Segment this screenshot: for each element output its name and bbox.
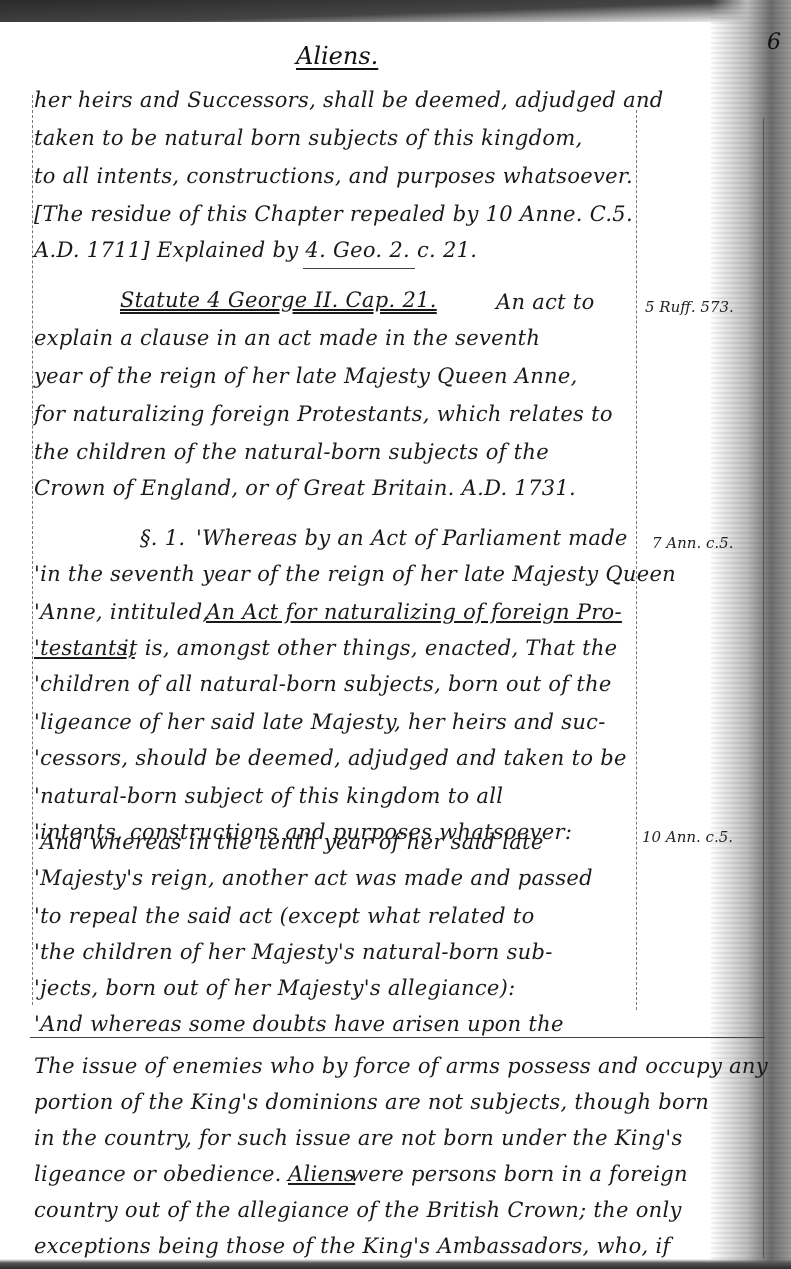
text-line: Crown of England, or of Great Britain. A… [34, 476, 576, 500]
text-line: 'jects, born out of her Majesty's allegi… [34, 976, 516, 1000]
page-title: Aliens. [296, 42, 378, 70]
text-line: year of the reign of her late Majesty Qu… [34, 364, 578, 388]
text-line: for naturalizing foreign Protestants, wh… [34, 402, 613, 426]
text-line: were persons born in a foreign [350, 1162, 688, 1186]
left-margin-rule [32, 95, 33, 1005]
text-line: it is, amongst other things, enacted, Th… [122, 636, 617, 660]
ornament-divider [303, 268, 415, 275]
text-line: explain a clause in an act made in the s… [34, 326, 540, 350]
text-line: 'cessors, should be deemed, adjudged and… [34, 746, 627, 770]
text-line: 'And whereas in the tenth year of her sa… [34, 830, 544, 854]
section-marker: §. 1. [140, 526, 185, 550]
margin-note-7-ann: 7 Ann. c.5. [652, 534, 733, 552]
text-line: A.D. 1711] Explained by 4. Geo. 2. c. 21… [34, 238, 477, 262]
text-line: exceptions being those of the King's Amb… [34, 1234, 671, 1258]
statute-heading: Statute 4 George II. Cap. 21. [120, 288, 437, 312]
text-line: taken to be natural born subjects of thi… [34, 126, 583, 150]
text-line: 'children of all natural-born subjects, … [34, 672, 612, 696]
right-margin-rule [636, 110, 637, 1010]
text-line: 'Anne, intituled, [34, 600, 210, 624]
text-line: to all intents, constructions, and purpo… [34, 164, 633, 188]
text-line: 'in the seventh year of the reign of her… [34, 562, 676, 586]
text-line: 'to repeal the said act (except what rel… [34, 904, 535, 928]
text-line: 'Majesty's reign, another act was made a… [34, 866, 593, 890]
text-line: the children of the natural-born subject… [34, 440, 549, 464]
text-line: 'Whereas by an Act of Parliament made [196, 526, 628, 550]
text-line: portion of the King's dominions are not … [34, 1090, 709, 1114]
section-divider [30, 1037, 765, 1038]
scan-shadow-top [0, 0, 791, 22]
outer-margin-rule [763, 118, 764, 1258]
text-line: ligeance or obedience. [34, 1162, 282, 1186]
text-line: 'And whereas some doubts have arisen upo… [34, 1012, 564, 1036]
text-line: 'ligeance of her said late Majesty, her … [34, 710, 606, 734]
aliens-term: Aliens [288, 1162, 355, 1186]
text-line: 'the children of her Majesty's natural-b… [34, 940, 553, 964]
act-title-cont: 'testants, [34, 636, 135, 660]
text-line: The issue of enemies who by force of arm… [34, 1054, 768, 1078]
text-line: in the country, for such issue are not b… [34, 1126, 683, 1150]
margin-note-ruff: 5 Ruff. 573. [645, 298, 734, 316]
act-title: An Act for naturalizing of foreign Pro- [206, 600, 622, 624]
text-line: her heirs and Successors, shall be deeme… [34, 88, 664, 112]
scan-shadow-right [711, 0, 791, 1269]
text-line: [The residue of this Chapter repealed by… [34, 202, 633, 226]
text-line: country out of the allegiance of the Bri… [34, 1198, 682, 1222]
text-line: An act to [496, 290, 595, 314]
margin-note-10-ann: 10 Ann. c.5. [642, 828, 733, 846]
page-number: 6 [767, 30, 781, 55]
text-line: 'natural-born subject of this kingdom to… [34, 784, 503, 808]
scan-shadow-bottom [0, 1259, 791, 1269]
